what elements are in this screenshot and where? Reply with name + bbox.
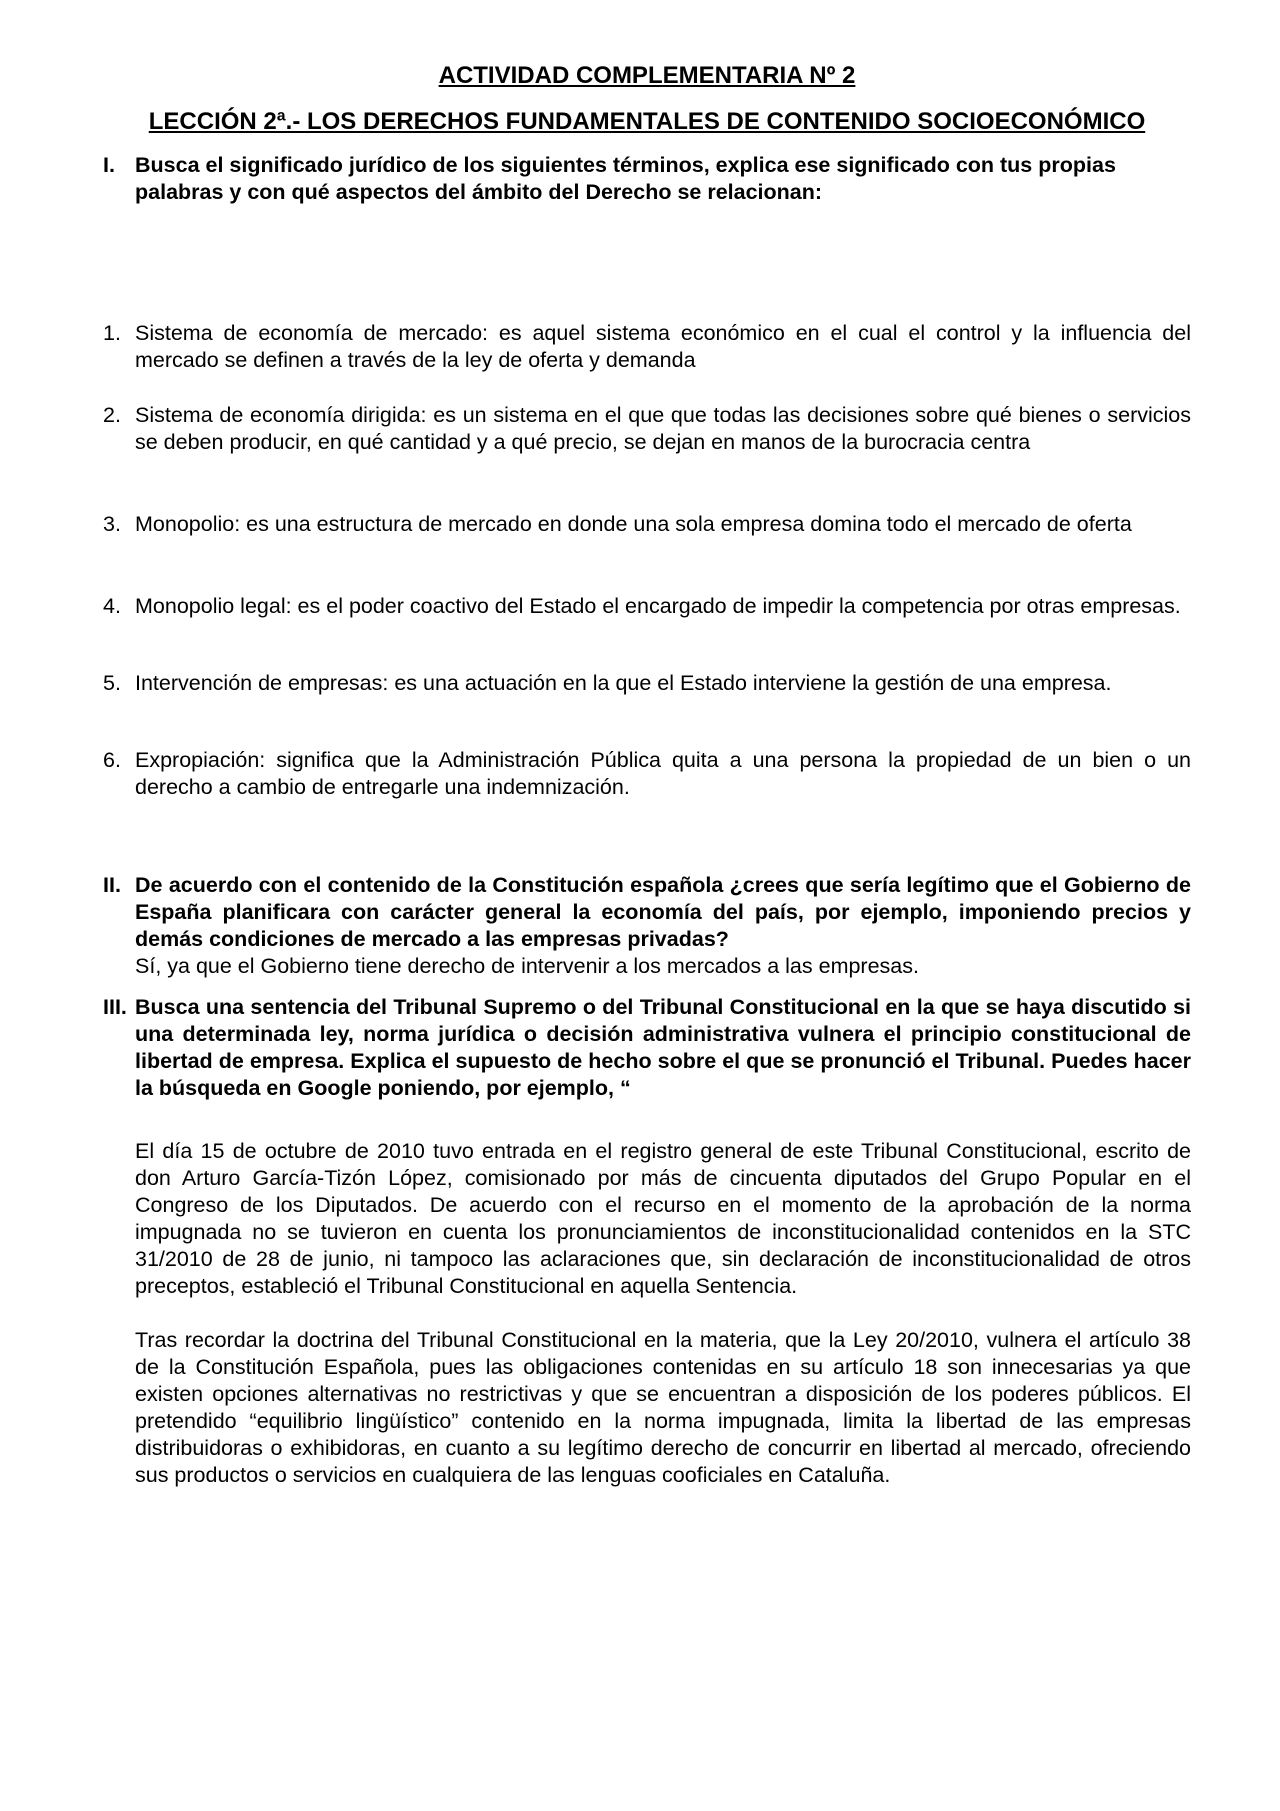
case-paragraph-1: El día 15 de octubre de 2010 tuvo entrad… — [135, 1138, 1191, 1300]
term-number: 6. — [103, 747, 135, 774]
term-item-6: 6. Expropiación: significa que la Admini… — [103, 747, 1191, 801]
term-definition: Expropiación: significa que la Administr… — [135, 747, 1191, 801]
term-definition: Intervención de empresas: es una actuaci… — [135, 670, 1191, 697]
section-ii: II. De acuerdo con el contenido de la Co… — [103, 872, 1191, 980]
document-title: ACTIVIDAD COMPLEMENTARIA Nº 2 — [103, 62, 1191, 90]
lesson-subtitle: LECCIÓN 2ª.- LOS DERECHOS FUNDAMENTALES … — [103, 108, 1191, 136]
section-iii-prompt: Busca una sentencia del Tribunal Supremo… — [135, 994, 1191, 1102]
section-i-numeral: I. — [103, 152, 135, 179]
section-i-prompt: Busca el significado jurídico de los sig… — [135, 152, 1191, 206]
term-number: 3. — [103, 511, 135, 538]
section-ii-numeral: II. — [103, 872, 135, 899]
term-definition: Sistema de economía dirigida: es un sist… — [135, 402, 1191, 456]
term-definition: Monopolio: es una estructura de mercado … — [135, 511, 1191, 538]
section-ii-question: De acuerdo con el contenido de la Consti… — [135, 872, 1191, 953]
case-paragraph-2: Tras recordar la doctrina del Tribunal C… — [135, 1327, 1191, 1489]
term-definition: Monopolio legal: es el poder coactivo de… — [135, 593, 1191, 620]
term-item-4: 4. Monopolio legal: es el poder coactivo… — [103, 593, 1191, 620]
term-item-2: 2. Sistema de economía dirigida: es un s… — [103, 402, 1191, 456]
term-item-1: 1. Sistema de economía de mercado: es aq… — [103, 320, 1191, 374]
term-number: 2. — [103, 402, 135, 429]
document-page: ACTIVIDAD COMPLEMENTARIA Nº 2 LECCIÓN 2ª… — [0, 0, 1280, 1811]
section-iii: III. Busca una sentencia del Tribunal Su… — [103, 994, 1191, 1102]
term-item-5: 5. Intervención de empresas: es una actu… — [103, 670, 1191, 697]
section-ii-answer: Sí, ya que el Gobierno tiene derecho de … — [135, 953, 1191, 980]
term-number: 1. — [103, 320, 135, 347]
term-item-3: 3. Monopolio: es una estructura de merca… — [103, 511, 1191, 538]
term-definition: Sistema de economía de mercado: es aquel… — [135, 320, 1191, 374]
term-number: 5. — [103, 670, 135, 697]
section-iii-numeral: III. — [103, 994, 135, 1021]
term-number: 4. — [103, 593, 135, 620]
section-i: I. Busca el significado jurídico de los … — [103, 152, 1191, 206]
